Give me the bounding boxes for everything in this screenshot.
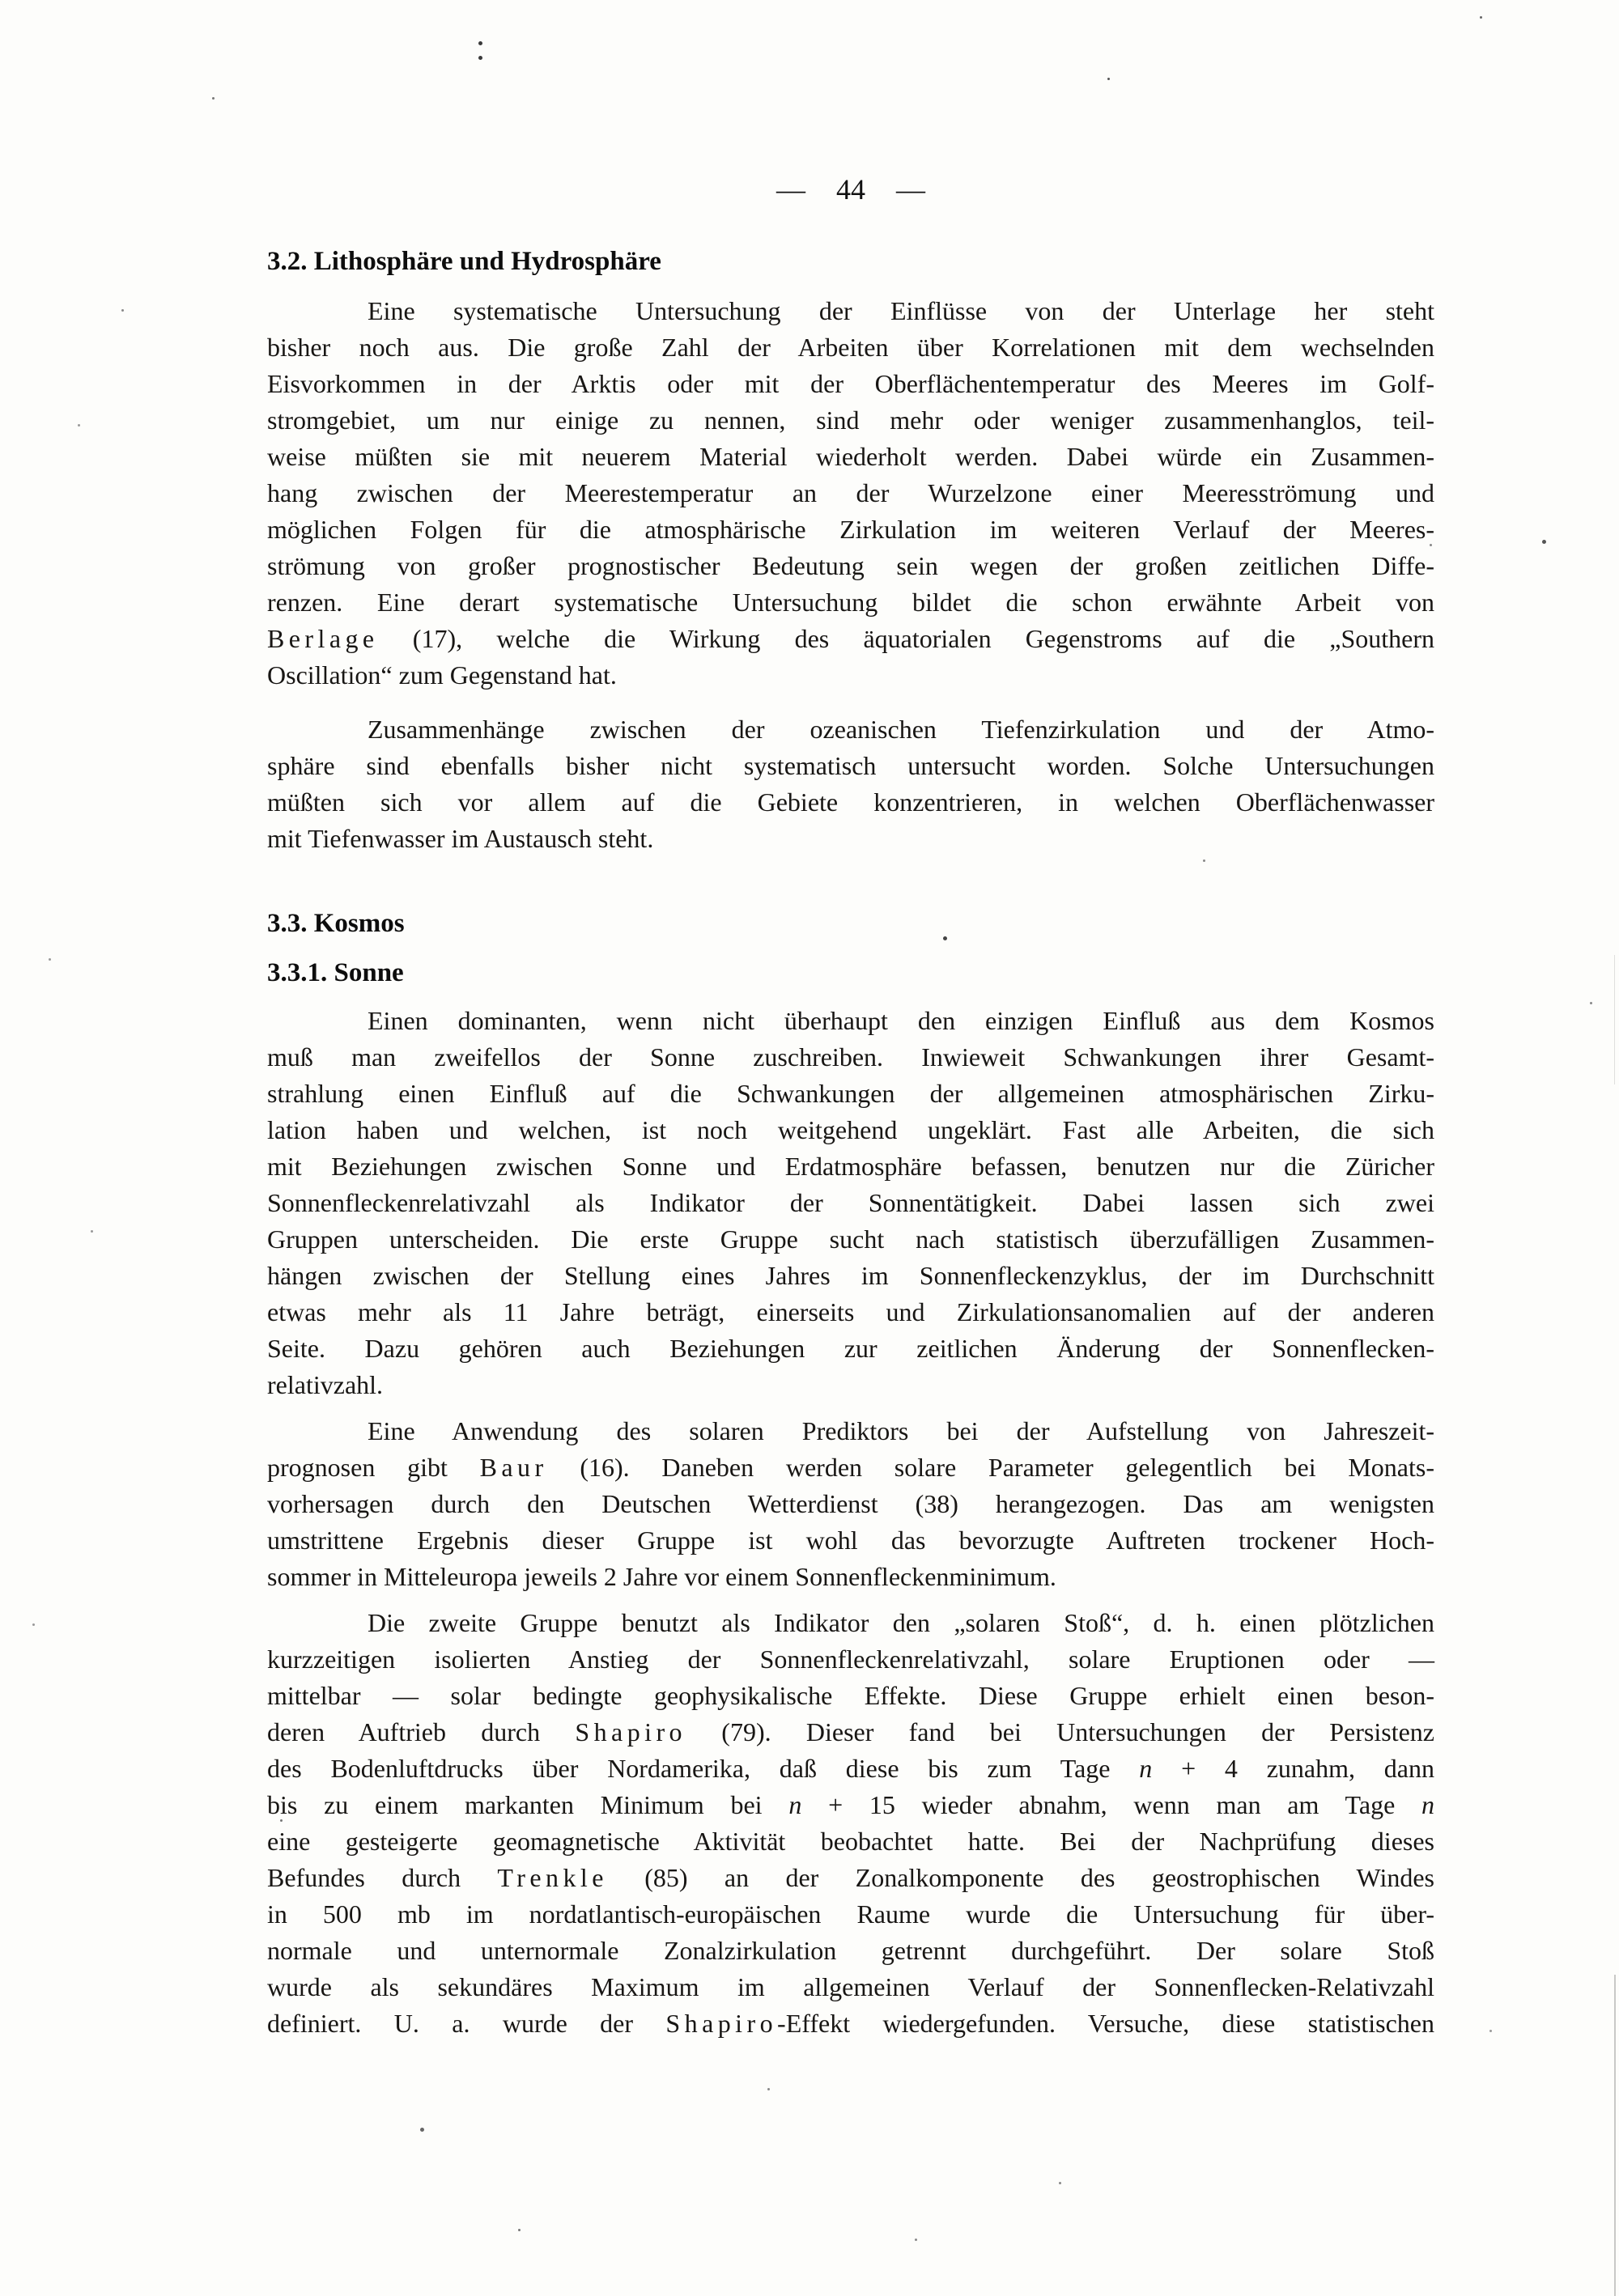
- text-line: wurde als sekundäres Maximum im allgemei…: [267, 1969, 1434, 2005]
- text-segment: wurde als sekundäres Maximum im allgemei…: [267, 1972, 1434, 2001]
- text-line: Sonnenfleckenrelativzahl als Indikator d…: [267, 1185, 1434, 1221]
- text-segment: definiert. U. a. wurde der: [267, 2009, 665, 2038]
- text-line: Eine Anwendung des solaren Prediktors be…: [267, 1413, 1434, 1449]
- text-line: vorhersagen durch den Deutschen Wetterdi…: [267, 1486, 1434, 1522]
- text-segment: eine gesteigerte geomagnetische Aktivitä…: [267, 1827, 1434, 1856]
- text-line: müßten sich vor allem auf die Gebiete ko…: [267, 784, 1434, 821]
- text-segment: mit Tiefenwasser im Austausch steht.: [267, 824, 653, 853]
- text-segment: bis zu einem markanten Minimum bei: [267, 1790, 788, 1819]
- section-heading: 3.2. Lithosphäre und Hydrosphäre: [267, 244, 1434, 280]
- scan-edge-artifact: [1614, 1975, 1616, 2296]
- text-line: möglichen Folgen für die atmosphärische …: [267, 511, 1434, 548]
- text-line: des Bodenluftdrucks über Nordamerika, da…: [267, 1751, 1434, 1787]
- paragraph: Einen dominanten, wenn nicht überhaupt d…: [267, 1003, 1434, 1403]
- text-segment: sphäre sind ebenfalls bisher nicht syste…: [267, 751, 1434, 780]
- text-segment: muß man zweifellos der Sonne zuschreiben…: [267, 1042, 1434, 1072]
- paragraph: Eine systematische Untersuchung der Einf…: [267, 293, 1434, 694]
- text-line: muß man zweifellos der Sonne zuschreiben…: [267, 1039, 1434, 1076]
- page-header-dash-left: —: [776, 173, 805, 206]
- math-variable: n: [1139, 1754, 1152, 1783]
- text-line: Oscillation“ zum Gegenstand hat.: [267, 657, 1434, 694]
- text-line: Einen dominanten, wenn nicht überhaupt d…: [267, 1003, 1434, 1039]
- text-segment: Eine systematische Untersuchung der Einf…: [368, 296, 1434, 325]
- author-name: Trenkle: [497, 1863, 607, 1892]
- page-content: —44— 3.2. Lithosphäre und HydrosphäreEin…: [267, 172, 1434, 2042]
- text-line: in 500 mb im nordatlantisch-europäischen…: [267, 1896, 1434, 1933]
- text-segment: Oscillation“ zum Gegenstand hat.: [267, 660, 617, 690]
- text-segment: möglichen Folgen für die atmosphärische …: [267, 515, 1434, 544]
- author-name: Shapiro: [575, 1717, 686, 1746]
- text-segment: umstrittene Ergebnis dieser Gruppe ist w…: [267, 1526, 1434, 1555]
- paragraph: Eine Anwendung des solaren Prediktors be…: [267, 1413, 1434, 1595]
- text-segment: weise müßten sie mit neuerem Material wi…: [267, 442, 1434, 471]
- text-segment: Die zweite Gruppe benutzt als Indikator …: [368, 1608, 1434, 1637]
- text-segment: Zusammenhänge zwischen der ozeanischen T…: [368, 715, 1434, 744]
- scan-edge-artifact-2: [1614, 955, 1615, 1084]
- page-number: 44: [836, 173, 865, 206]
- text-line: Zusammenhänge zwischen der ozeanischen T…: [267, 711, 1434, 748]
- text-line: Befundes durch Trenkle (85) an der Zonal…: [267, 1860, 1434, 1896]
- text-line: stromgebiet, um nur einige zu nennen, si…: [267, 402, 1434, 439]
- text-segment: strömung von großer prognostischer Bedeu…: [267, 551, 1434, 580]
- text-line: eine gesteigerte geomagnetische Aktivitä…: [267, 1823, 1434, 1860]
- text-line: umstrittene Ergebnis dieser Gruppe ist w…: [267, 1522, 1434, 1559]
- text-segment: Eisvorkommen in der Arktis oder mit der …: [267, 369, 1434, 398]
- text-segment: des Bodenluftdrucks über Nordamerika, da…: [267, 1754, 1139, 1783]
- text-line: deren Auftrieb durch Shapiro (79). Diese…: [267, 1714, 1434, 1751]
- text-segment: lation haben und welchen, ist noch weitg…: [267, 1115, 1434, 1144]
- text-segment: (17), welche die Wirkung des äquatoriale…: [379, 624, 1434, 653]
- text-line: strömung von großer prognostischer Bedeu…: [267, 548, 1434, 584]
- text-line: mittelbar — solar bedingte geophysikalis…: [267, 1678, 1434, 1714]
- text-line: Die zweite Gruppe benutzt als Indikator …: [267, 1605, 1434, 1641]
- author-name: Baur: [480, 1453, 548, 1482]
- text-segment: deren Auftrieb durch: [267, 1717, 575, 1746]
- text-segment: etwas mehr als 11 Jahre beträgt, einerse…: [267, 1297, 1434, 1326]
- text-line: Eisvorkommen in der Arktis oder mit der …: [267, 366, 1434, 402]
- math-variable: n: [788, 1790, 801, 1819]
- text-line: strahlung einen Einfluß auf die Schwanku…: [267, 1076, 1434, 1112]
- text-line: mit Beziehungen zwischen Sonne und Erdat…: [267, 1148, 1434, 1185]
- page-header: —44—: [267, 172, 1434, 208]
- text-segment: müßten sich vor allem auf die Gebiete ko…: [267, 787, 1434, 817]
- text-segment: (79). Dieser fand bei Untersuchungen der…: [686, 1717, 1434, 1746]
- text-segment: Eine Anwendung des solaren Prediktors be…: [368, 1416, 1434, 1445]
- text-segment: + 15 wieder abnahm, wenn man am Tage: [801, 1790, 1421, 1819]
- scanned-page: —44— 3.2. Lithosphäre und HydrosphäreEin…: [0, 0, 1619, 2296]
- text-segment: normale und unternormale Zonalzirkulatio…: [267, 1936, 1434, 1965]
- text-segment: in 500 mb im nordatlantisch-europäischen…: [267, 1899, 1434, 1929]
- text-line: lation haben und welchen, ist noch weitg…: [267, 1112, 1434, 1148]
- text-line: mit Tiefenwasser im Austausch steht.: [267, 821, 1434, 857]
- author-name: Shapiro: [665, 2009, 777, 2038]
- text-segment: hängen zwischen der Stellung eines Jahre…: [267, 1261, 1434, 1290]
- text-line: Gruppen unterscheiden. Die erste Gruppe …: [267, 1221, 1434, 1258]
- math-variable: n: [1421, 1790, 1434, 1819]
- text-line: weise müßten sie mit neuerem Material wi…: [267, 439, 1434, 475]
- text-line: Seite. Dazu gehören auch Beziehungen zur…: [267, 1330, 1434, 1367]
- text-segment: Einen dominanten, wenn nicht überhaupt d…: [368, 1006, 1434, 1035]
- text-line: sommer in Mitteleuropa jeweils 2 Jahre v…: [267, 1559, 1434, 1595]
- section-heading: 3.3.1. Sonne: [267, 955, 1434, 991]
- paragraph: Zusammenhänge zwischen der ozeanischen T…: [267, 711, 1434, 857]
- author-name: Berlage: [267, 624, 379, 653]
- text-line: relativzahl.: [267, 1367, 1434, 1403]
- text-segment: sommer in Mitteleuropa jeweils 2 Jahre v…: [267, 1562, 1056, 1591]
- text-line: hängen zwischen der Stellung eines Jahre…: [267, 1258, 1434, 1294]
- text-line: bisher noch aus. Die große Zahl der Arbe…: [267, 329, 1434, 366]
- text-segment: Gruppen unterscheiden. Die erste Gruppe …: [267, 1224, 1434, 1254]
- text-segment: relativzahl.: [267, 1370, 383, 1399]
- text-line: etwas mehr als 11 Jahre beträgt, einerse…: [267, 1294, 1434, 1330]
- text-segment: hang zwischen der Meerestemperatur an de…: [267, 478, 1434, 507]
- text-line: normale und unternormale Zonalzirkulatio…: [267, 1933, 1434, 1969]
- text-line: definiert. U. a. wurde der Shapiro-Effek…: [267, 2005, 1434, 2042]
- text-segment: (85) an der Zonalkomponente des geostrop…: [608, 1863, 1434, 1892]
- text-segment: bisher noch aus. Die große Zahl der Arbe…: [267, 333, 1434, 362]
- text-line: sphäre sind ebenfalls bisher nicht syste…: [267, 748, 1434, 784]
- text-line: bis zu einem markanten Minimum bei n + 1…: [267, 1787, 1434, 1823]
- text-line: prognosen gibt Baur (16). Daneben werden…: [267, 1449, 1434, 1486]
- section-heading: 3.3. Kosmos: [267, 906, 1434, 942]
- text-segment: vorhersagen durch den Deutschen Wetterdi…: [267, 1489, 1434, 1518]
- paragraph: Die zweite Gruppe benutzt als Indikator …: [267, 1605, 1434, 2042]
- text-line: renzen. Eine derart systematische Unters…: [267, 584, 1434, 621]
- text-segment: stromgebiet, um nur einige zu nennen, si…: [267, 405, 1434, 435]
- text-segment: + 4 zunahm, dann: [1152, 1754, 1434, 1783]
- text-segment: Befundes durch: [267, 1863, 497, 1892]
- text-segment: Sonnenfleckenrelativzahl als Indikator d…: [267, 1188, 1434, 1217]
- text-line: Eine systematische Untersuchung der Einf…: [267, 293, 1434, 329]
- page-header-dash-right: —: [896, 173, 925, 206]
- scan-speckles: [0, 0, 2, 2]
- text-line: kurzzeitigen isolierten Anstieg der Sonn…: [267, 1641, 1434, 1678]
- text-segment: renzen. Eine derart systematische Unters…: [267, 588, 1434, 617]
- text-segment: Seite. Dazu gehören auch Beziehungen zur…: [267, 1334, 1434, 1363]
- text-segment: -Effekt wiedergefunden. Versuche, diese …: [777, 2009, 1434, 2038]
- text-segment: strahlung einen Einfluß auf die Schwanku…: [267, 1079, 1434, 1108]
- text-segment: mittelbar — solar bedingte geophysikalis…: [267, 1681, 1434, 1710]
- text-segment: mit Beziehungen zwischen Sonne und Erdat…: [267, 1152, 1434, 1181]
- text-line: hang zwischen der Meerestemperatur an de…: [267, 475, 1434, 511]
- text-segment: kurzzeitigen isolierten Anstieg der Sonn…: [267, 1645, 1434, 1674]
- text-segment: prognosen gibt: [267, 1453, 480, 1482]
- text-line: Berlage (17), welche die Wirkung des äqu…: [267, 621, 1434, 657]
- text-segment: (16). Daneben werden solare Parameter ge…: [548, 1453, 1434, 1482]
